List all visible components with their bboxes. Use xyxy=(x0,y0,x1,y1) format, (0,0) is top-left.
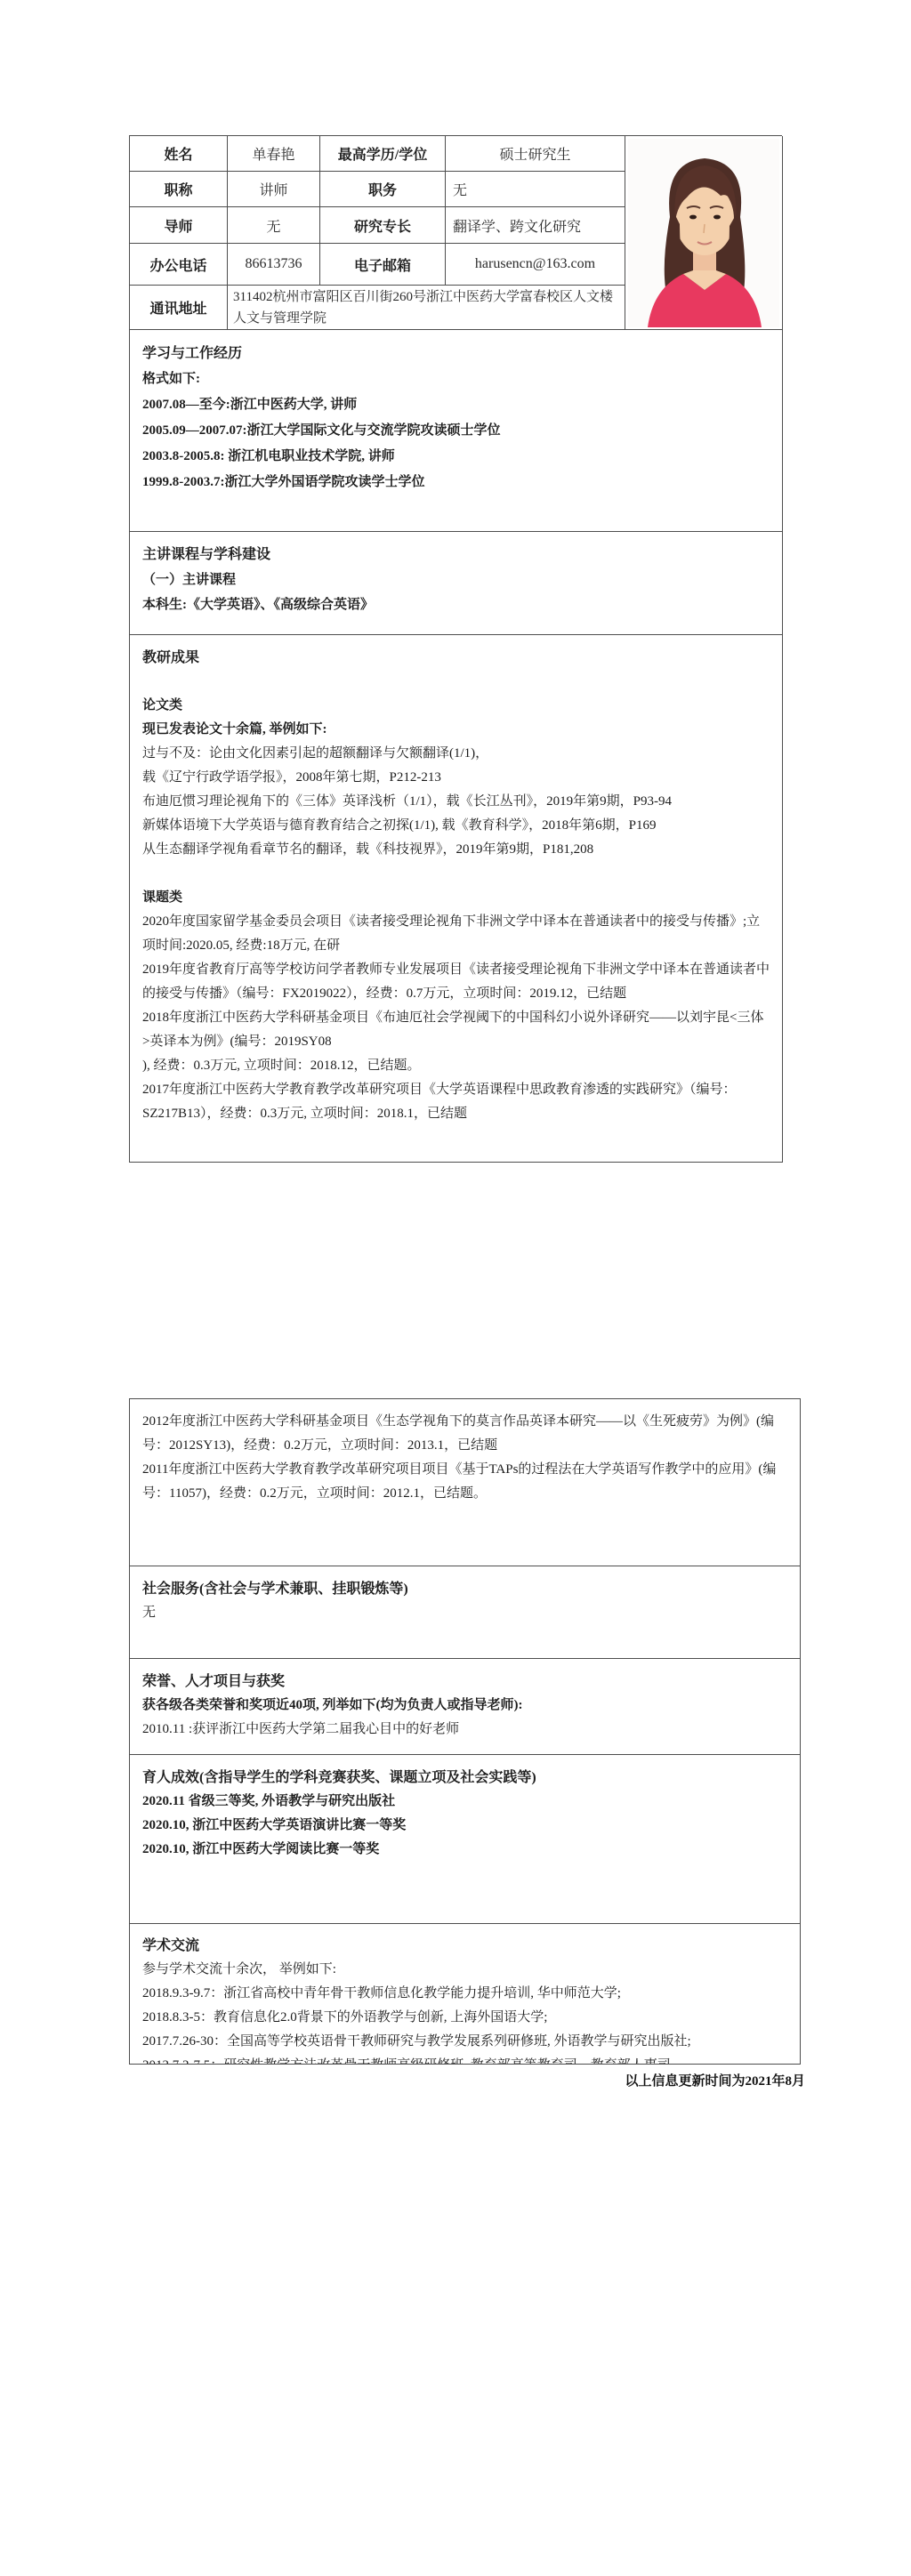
section-title: 育人成效(含指导学生的学科竞赛获奖、课题立项及社会实践等) xyxy=(142,1766,787,1790)
section-research: 教研成果 论文类 现已发表论文十余篇, 举例如下: 过与不及：论由文化因素引起的… xyxy=(130,635,783,1163)
mentor-value: 无 xyxy=(228,207,320,244)
section-title: 荣誉、人才项目与获奖 xyxy=(142,1670,787,1694)
address-label: 通讯地址 xyxy=(130,286,228,330)
exchange-item: 2017.7.26-30：全国高等学校英语骨干教师研究与教学发展系列研修班, 外… xyxy=(142,2031,787,2055)
degree-label: 最高学历/学位 xyxy=(320,136,446,172)
position-label: 职务 xyxy=(320,172,446,207)
service-content: 无 xyxy=(142,1601,787,1625)
address-value: 311402杭州市富阳区百川街260号浙江中医药大学富春校区人文楼 人文与管理学… xyxy=(228,286,625,330)
paper-item: 载《辽宁行政学语学报》，2008年第七期，P212-213 xyxy=(142,766,770,790)
section-study-work: 学习与工作经历 格式如下: 2007.08—至今:浙江中医药大学, 讲师 200… xyxy=(130,330,783,532)
papers-label: 论文类 xyxy=(142,694,770,718)
profile-table: 姓名 单春艳 最高学历/学位 硕士研究生 xyxy=(129,135,782,1163)
exchange-item: 2018.9.3-9.7：浙江省高校中青年骨干教师信息化教学能力提升培训, 华中… xyxy=(142,1983,787,2007)
profile-photo-cell xyxy=(625,136,783,330)
exchange-item: 2012.7.2-7.5：研究性教学方法改革骨干教师高级研修班, 教育部高等教育… xyxy=(142,2055,787,2065)
project-item: 2017年度浙江中医药大学教育教学改革研究项目《大学英语课程中思政教育渗透的实践… xyxy=(142,1078,770,1126)
profile-photo xyxy=(628,139,779,327)
project-item: ), 经费：0.3万元, 立项时间：2018.12，已结题。 xyxy=(142,1054,770,1078)
papers-intro: 现已发表论文十余篇, 举例如下: xyxy=(142,718,770,742)
courses-line: 本科生:《大学英语》、《高级综合英语》 xyxy=(142,592,770,617)
position-value: 无 xyxy=(446,172,625,207)
section-title: 学术交流 xyxy=(142,1935,787,1959)
project-item: 2011年度浙江中医药大学教育教学改革研究项目项目《基于TAPs的过程法在大学英… xyxy=(142,1458,787,1506)
project-item: 2020年度国家留学基金委员会项目《读者接受理论视角下非洲文学中译本在普通读者中… xyxy=(142,910,770,958)
email-label: 电子邮箱 xyxy=(320,244,446,286)
projects-label: 课题类 xyxy=(142,886,770,910)
faculty-profile-page: 姓名 单春艳 最高学历/学位 硕士研究生 xyxy=(0,0,911,2576)
mentor-label: 导师 xyxy=(130,207,228,244)
experience-line: 2003.8-2005.8: 浙江机电职业技术学院, 讲师 xyxy=(142,444,770,470)
exchange-item: 2018.8.3-5：教育信息化2.0背景下的外语教学与创新, 上海外国语大学; xyxy=(142,2007,787,2031)
section-title: 学习与工作经历 xyxy=(142,341,770,366)
honors-intro: 获各级各类荣誉和奖项近40项, 列举如下(均为负责人或指导老师): xyxy=(142,1694,787,1718)
section-academic-exchange: 学术交流 参与学术交流十余次， 举例如下: 2018.9.3-9.7：浙江省高校… xyxy=(130,1924,801,2065)
experience-line: 2007.08—至今:浙江中医药大学, 讲师 xyxy=(142,392,770,418)
paper-item: 新媒体语境下大学英语与德育教育结合之初探(1/1), 载《教育科学》，2018年… xyxy=(142,814,770,838)
mentoring-item: 2020.10, 浙江中医药大学阅读比赛一等奖 xyxy=(142,1838,787,1862)
mentoring-item: 2020.11 省级三等奖, 外语教学与研究出版社 xyxy=(142,1790,787,1814)
courses-subheading: （一）主讲课程 xyxy=(142,568,770,592)
experience-line: 2005.09—2007.07:浙江大学国际文化与交流学院攻读硕士学位 xyxy=(142,418,770,444)
update-date-footer: 以上信息更新时间为2021年8月 xyxy=(0,2071,805,2089)
section-honors: 荣誉、人才项目与获奖 获各级各类荣誉和奖项近40项, 列举如下(均为负责人或指导… xyxy=(130,1659,801,1755)
profile-table-continued: 2012年度浙江中医药大学科研基金项目《生态学视角下的莫言作品英译本研究——以《… xyxy=(129,1398,801,2065)
experience-line: 1999.8-2003.7:浙江大学外国语学院攻读学士学位 xyxy=(142,470,770,495)
rank-value: 讲师 xyxy=(228,172,320,207)
exchange-intro: 参与学术交流十余次， 举例如下: xyxy=(142,1959,787,1983)
project-item: 2019年度省教育厅高等学校访问学者教师专业发展项目《读者接受理论视角下非洲文学… xyxy=(142,958,770,1006)
mentoring-item: 2020.10, 浙江中医药大学英语演讲比赛一等奖 xyxy=(142,1814,787,1838)
paper-item: 布迪厄惯习理论视角下的《三体》英译浅析（1/1），载《长江丛刊》，2019年第9… xyxy=(142,790,770,814)
section-social-service: 社会服务(含社会与学术兼职、挂职锻炼等) 无 xyxy=(130,1566,801,1659)
specialty-label: 研究专长 xyxy=(320,207,446,244)
section-title: 社会服务(含社会与学术兼职、挂职锻炼等) xyxy=(142,1577,787,1601)
project-item: 2012年度浙江中医药大学科研基金项目《生态学视角下的莫言作品英译本研究——以《… xyxy=(142,1410,787,1458)
name-label: 姓名 xyxy=(130,136,228,172)
paper-item: 从生态翻译学视角看章节名的翻译，载《科技视界》，2019年第9期，P181,20… xyxy=(142,838,770,862)
project-item: 2018年度浙江中医药大学科研基金项目《布迪厄社会学视阈下的中国科幻小说外译研究… xyxy=(142,1006,770,1054)
section-title: 主讲课程与学科建设 xyxy=(142,543,770,568)
degree-value: 硕士研究生 xyxy=(446,136,625,172)
phone-label: 办公电话 xyxy=(130,244,228,286)
section-projects-continued: 2012年度浙江中医药大学科研基金项目《生态学视角下的莫言作品英译本研究——以《… xyxy=(130,1399,801,1566)
section-subtitle: 格式如下: xyxy=(142,366,770,392)
section-mentoring: 育人成效(含指导学生的学科竞赛获奖、课题立项及社会实践等) 2020.11 省级… xyxy=(130,1755,801,1924)
paper-item: 过与不及：论由文化因素引起的超额翻译与欠额翻译(1/1)， xyxy=(142,742,770,766)
rank-label: 职称 xyxy=(130,172,228,207)
honor-item: 2010.11 :获评浙江中医药大学第二届我心目中的好老师 xyxy=(142,1718,787,1742)
specialty-value: 翻译学、跨文化研究 xyxy=(446,207,625,244)
name-value: 单春艳 xyxy=(228,136,320,172)
section-title: 教研成果 xyxy=(142,646,770,670)
email-value: harusencn@163.com xyxy=(446,244,625,286)
phone-value: 86613736 xyxy=(228,244,320,286)
section-courses: 主讲课程与学科建设 （一）主讲课程 本科生:《大学英语》、《高级综合英语》 xyxy=(130,532,783,635)
